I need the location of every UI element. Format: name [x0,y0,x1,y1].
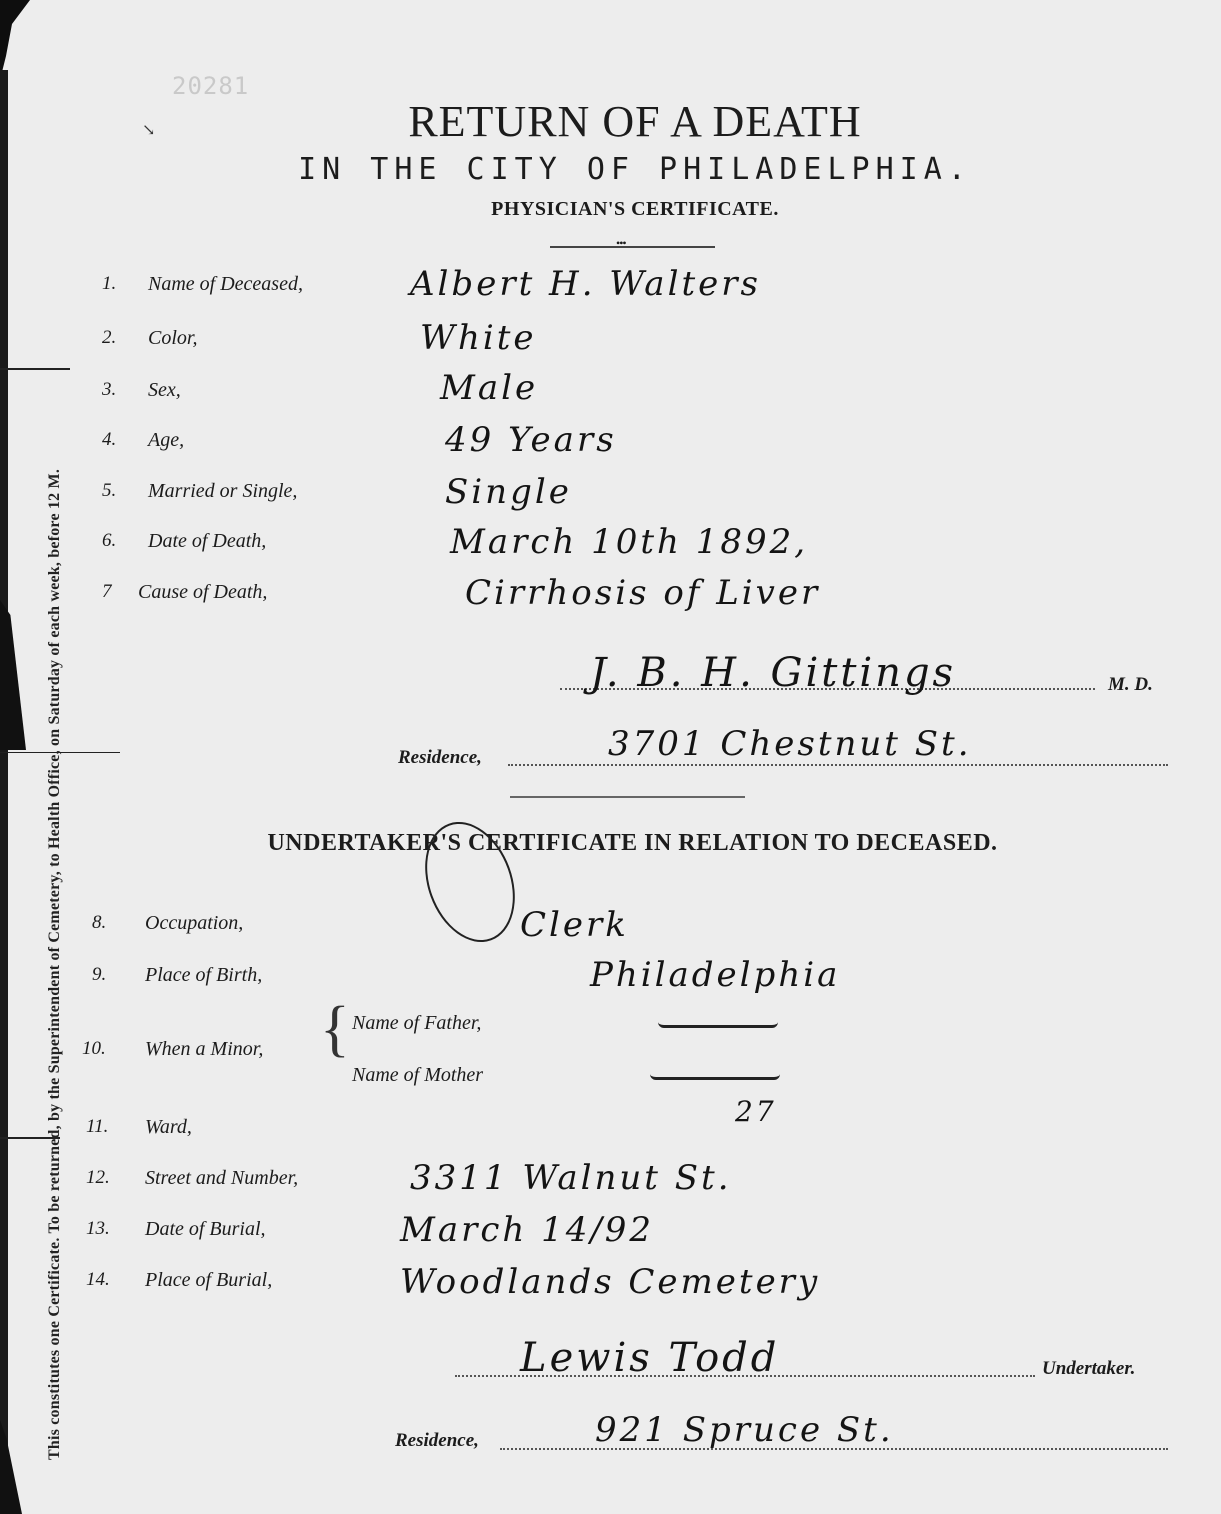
field-number: 11. [86,1116,108,1138]
field-value-handwritten: March 10th 1892, [450,522,808,562]
blank-dash-mother [650,1074,780,1080]
md-suffix: M. D. [1108,674,1153,696]
field-label: When a Minor, [145,1038,263,1061]
field-value-handwritten: March 14/92 [400,1210,654,1250]
field-value-handwritten: 49 Years [445,420,617,460]
page-edge [0,70,8,1514]
torn-edge [0,0,30,80]
field-value-handwritten: Male [440,368,538,408]
undertaker-signature: Lewis Todd [520,1335,779,1381]
undertaker-section-heading: UNDERTAKER'S CERTIFICATE IN RELATION TO … [0,830,1221,857]
death-certificate-page: This constitutes one Certificate. To be … [0,0,1221,1514]
field-number: 8. [92,912,106,934]
field-value-handwritten: 27 [735,1095,777,1128]
field-label: Sex, [148,379,181,402]
field-label: Ward, [145,1116,192,1139]
side-instruction-note: This constitutes one Certificate. To be … [46,60,64,1460]
field-number: 2. [102,327,116,349]
field-value-handwritten: 3311 Walnut St. [410,1158,732,1198]
physician-section-heading: PHYSICIAN'S CERTIFICATE. [0,198,1221,221]
field-value-handwritten: Woodlands Cemetery [400,1262,820,1302]
torn-edge [0,1420,22,1514]
field-label: Occupation, [145,912,243,935]
mother-name-label: Name of Mother [352,1064,483,1087]
field-number: 4. [102,429,116,451]
ornamental-rule [550,246,715,248]
field-label: Place of Birth, [145,964,262,987]
field-number: 13. [86,1218,110,1240]
document-title: RETURN OF A DEATH [0,96,1221,147]
document-subtitle: IN THE CITY OF PHILADELPHIA. [0,152,1221,187]
brace: { [320,994,350,1065]
undertaker-suffix: Undertaker. [1042,1358,1135,1380]
residence-label: Residence, [395,1430,479,1452]
field-number: 14. [86,1269,110,1291]
field-value-handwritten: Philadelphia [590,955,840,995]
field-label: Street and Number, [145,1167,298,1190]
field-label: Date of Burial, [145,1218,266,1241]
field-value-handwritten: Clerk [520,905,629,945]
field-number: 1. [102,273,116,295]
field-label: Name of Deceased, [148,273,303,296]
field-number: 9. [92,964,106,986]
field-value-handwritten: Single [445,472,572,512]
field-number: 12. [86,1167,110,1189]
field-label: Date of Death, [148,530,266,553]
field-value-handwritten: Albert H. Walters [410,264,761,304]
field-number: 5. [102,480,116,502]
field-number: 6. [102,530,116,552]
residence-label: Residence, [398,747,482,769]
field-number: 7 [102,581,112,603]
residence-value-handwritten: 921 Spruce St. [595,1410,894,1450]
section-divider [510,796,745,798]
field-label: Cause of Death, [138,581,267,604]
field-label: Place of Burial, [145,1269,272,1292]
residence-value-handwritten: 3701 Chestnut St. [608,724,972,764]
torn-edge [0,600,26,750]
field-number: 3. [102,379,116,401]
blank-dash-father [658,1022,778,1028]
field-number: 10. [82,1038,106,1060]
father-name-label: Name of Father, [352,1012,481,1035]
physician-signature: J. B. H. Gittings [590,650,956,696]
field-label: Color, [148,327,197,350]
field-value-handwritten: White [420,318,537,358]
field-label: Married or Single, [148,480,297,503]
field-label: Age, [148,429,184,452]
residence-dotted-line [508,764,1168,766]
field-value-handwritten: Cirrhosis of Liver [465,573,820,613]
